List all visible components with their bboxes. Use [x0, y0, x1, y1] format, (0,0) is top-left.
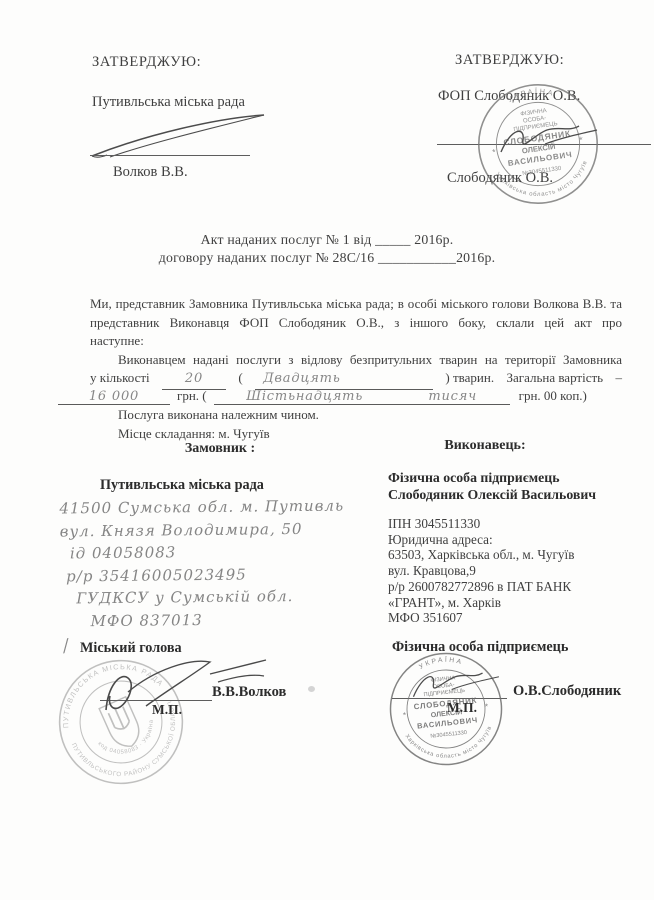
contractor-account2: «ГРАНТ», м. Харків	[388, 595, 574, 611]
svg-text:код 04058083 · Україна: код 04058083 · Україна	[96, 717, 164, 766]
contractor-header: Виконавець:	[380, 438, 590, 454]
signature-slobodianyk-top	[495, 118, 605, 162]
contractor-org-line2: Слободяник Олексій Васильович	[388, 486, 596, 503]
scanned-act-document: ЗАТВЕРДЖУЮ: Путивльська міська рада Волк…	[0, 0, 654, 900]
approve-right-org: ФОП Слободяник О.В.	[438, 88, 580, 105]
approve-left-org: Путивльська міська рада	[92, 94, 245, 111]
contractor-address1: 63503, Харківська обл., м. Чугуїв	[388, 547, 574, 563]
mp-right: М.П.	[447, 700, 477, 716]
body-quantity-line: у кількості 20 ( Двадцять ) тварин. Зага…	[90, 369, 622, 390]
city-stamp-inner-text: код 04058083 · Україна	[96, 717, 164, 766]
fop-stamp-line1: ФІЗИЧНА	[520, 108, 547, 118]
signature-line-top-left	[90, 155, 250, 156]
contractor-ipn: ІПН 3045511330	[388, 516, 574, 532]
approve-right-label: ЗАТВЕРДЖУЮ:	[455, 52, 564, 69]
amount-mid-text: грн. (	[177, 388, 207, 404]
scan-speck	[308, 686, 315, 692]
customer-header: Замовник :	[95, 441, 345, 457]
mayor-name: В.В.Волков	[212, 684, 286, 701]
approve-left-name: Волков В.В.	[113, 164, 188, 181]
customer-hw-code: ід 04058083	[60, 540, 345, 565]
customer-hw-address2: вул. Князя Володимира, 50	[60, 517, 345, 542]
contractor-org: Фізична особа підприємець Слободяник Оле…	[388, 469, 596, 503]
qty-open-paren: (	[238, 369, 242, 388]
svg-text:Харківська область місто Чугуї: Харківська область місто Чугуїв	[403, 725, 496, 765]
customer-hw-address1: 41500 Сумська обл. м. Путивль	[59, 495, 344, 520]
signature-volkov-top	[88, 110, 273, 160]
customer-hw-account: р/р 35416005023495	[60, 562, 345, 587]
body-line7: Послуга виконана належним чином.	[90, 406, 650, 425]
customer-handwritten-details: 41500 Сумська обл. м. Путивль вул. Князя…	[59, 495, 345, 633]
body-line4: Виконавцем надані послуги з відлову безп…	[90, 351, 622, 370]
amount-handwritten: 16 000	[89, 389, 139, 404]
qty-words-blank: Двадцять	[255, 369, 433, 390]
qty-prefix: у кількості	[90, 369, 150, 388]
amount-words-blank: Шістьнадцять тисяч	[214, 389, 510, 405]
qty-handwritten: 20	[185, 371, 203, 386]
entrepreneur-title: Фізична особа підприємець	[392, 639, 568, 656]
act-title-line1: Акт наданих послуг № 1 від _____ 2016р.	[0, 232, 654, 248]
fop-stamp2-ring: Харківська область місто Чугуїв	[403, 725, 496, 765]
contractor-mfo: МФО 351607	[388, 610, 574, 626]
handwritten-tick: /	[61, 636, 72, 657]
contractor-account1: р/р 2600782772896 в ПАТ БАНК	[388, 579, 574, 595]
body-amount-line: 16 000 грн. ( Шістьнадцять тисяч грн. 00…	[58, 388, 624, 405]
entrepreneur-name: О.В.Слободяник	[513, 683, 621, 700]
customer-org: Путивльська міська рада	[100, 477, 264, 494]
contractor-legal-address-label: Юридична адреса:	[388, 532, 574, 548]
qty-words-handwritten: Двадцять	[263, 371, 341, 386]
contractor-details: ІПН 3045511330 Юридична адреса: 63503, Х…	[388, 516, 574, 626]
contractor-org-line1: Фізична особа підприємець	[388, 469, 596, 486]
qty-blank: 20	[162, 369, 226, 390]
amount-suffix-text: грн. 00 коп.)	[519, 388, 587, 404]
approve-right-name: Слободяник О.В.	[447, 170, 553, 187]
customer-hw-bank: ГУДКСУ у Сумській обл.	[60, 585, 345, 610]
body-line2: представник Виконавця ФОП Слободяник О.В…	[90, 314, 622, 333]
total-label: Загальна вартість	[506, 369, 603, 388]
fop-stamp2-patronymic: ВАСИЛЬОВИЧ	[417, 715, 479, 730]
fop-stamp2-star-left: *	[402, 711, 407, 720]
total-dash: –	[615, 369, 622, 388]
approve-left-label: ЗАТВЕРДЖУЮ:	[92, 54, 201, 71]
body-line1: Ми, представник Замовника Путивльська мі…	[90, 295, 622, 314]
fop-stamp2-number: №3045511330	[430, 730, 467, 740]
amount-word1-handwritten: Шістьнадцять	[246, 389, 363, 404]
qty-close-text: ) тварин.	[445, 369, 494, 388]
customer-hw-mfo: МФО 837013	[60, 607, 345, 632]
act-title-line2: договору наданих послуг № 28С/16 _______…	[0, 250, 654, 266]
amount-word2-handwritten: тисяч	[428, 389, 477, 404]
body-line3: наступне:	[90, 332, 622, 351]
amount-blank: 16 000	[58, 388, 170, 405]
mp-left: М.П.	[152, 702, 182, 718]
contractor-address2: вул. Кравцова,9	[388, 563, 574, 579]
